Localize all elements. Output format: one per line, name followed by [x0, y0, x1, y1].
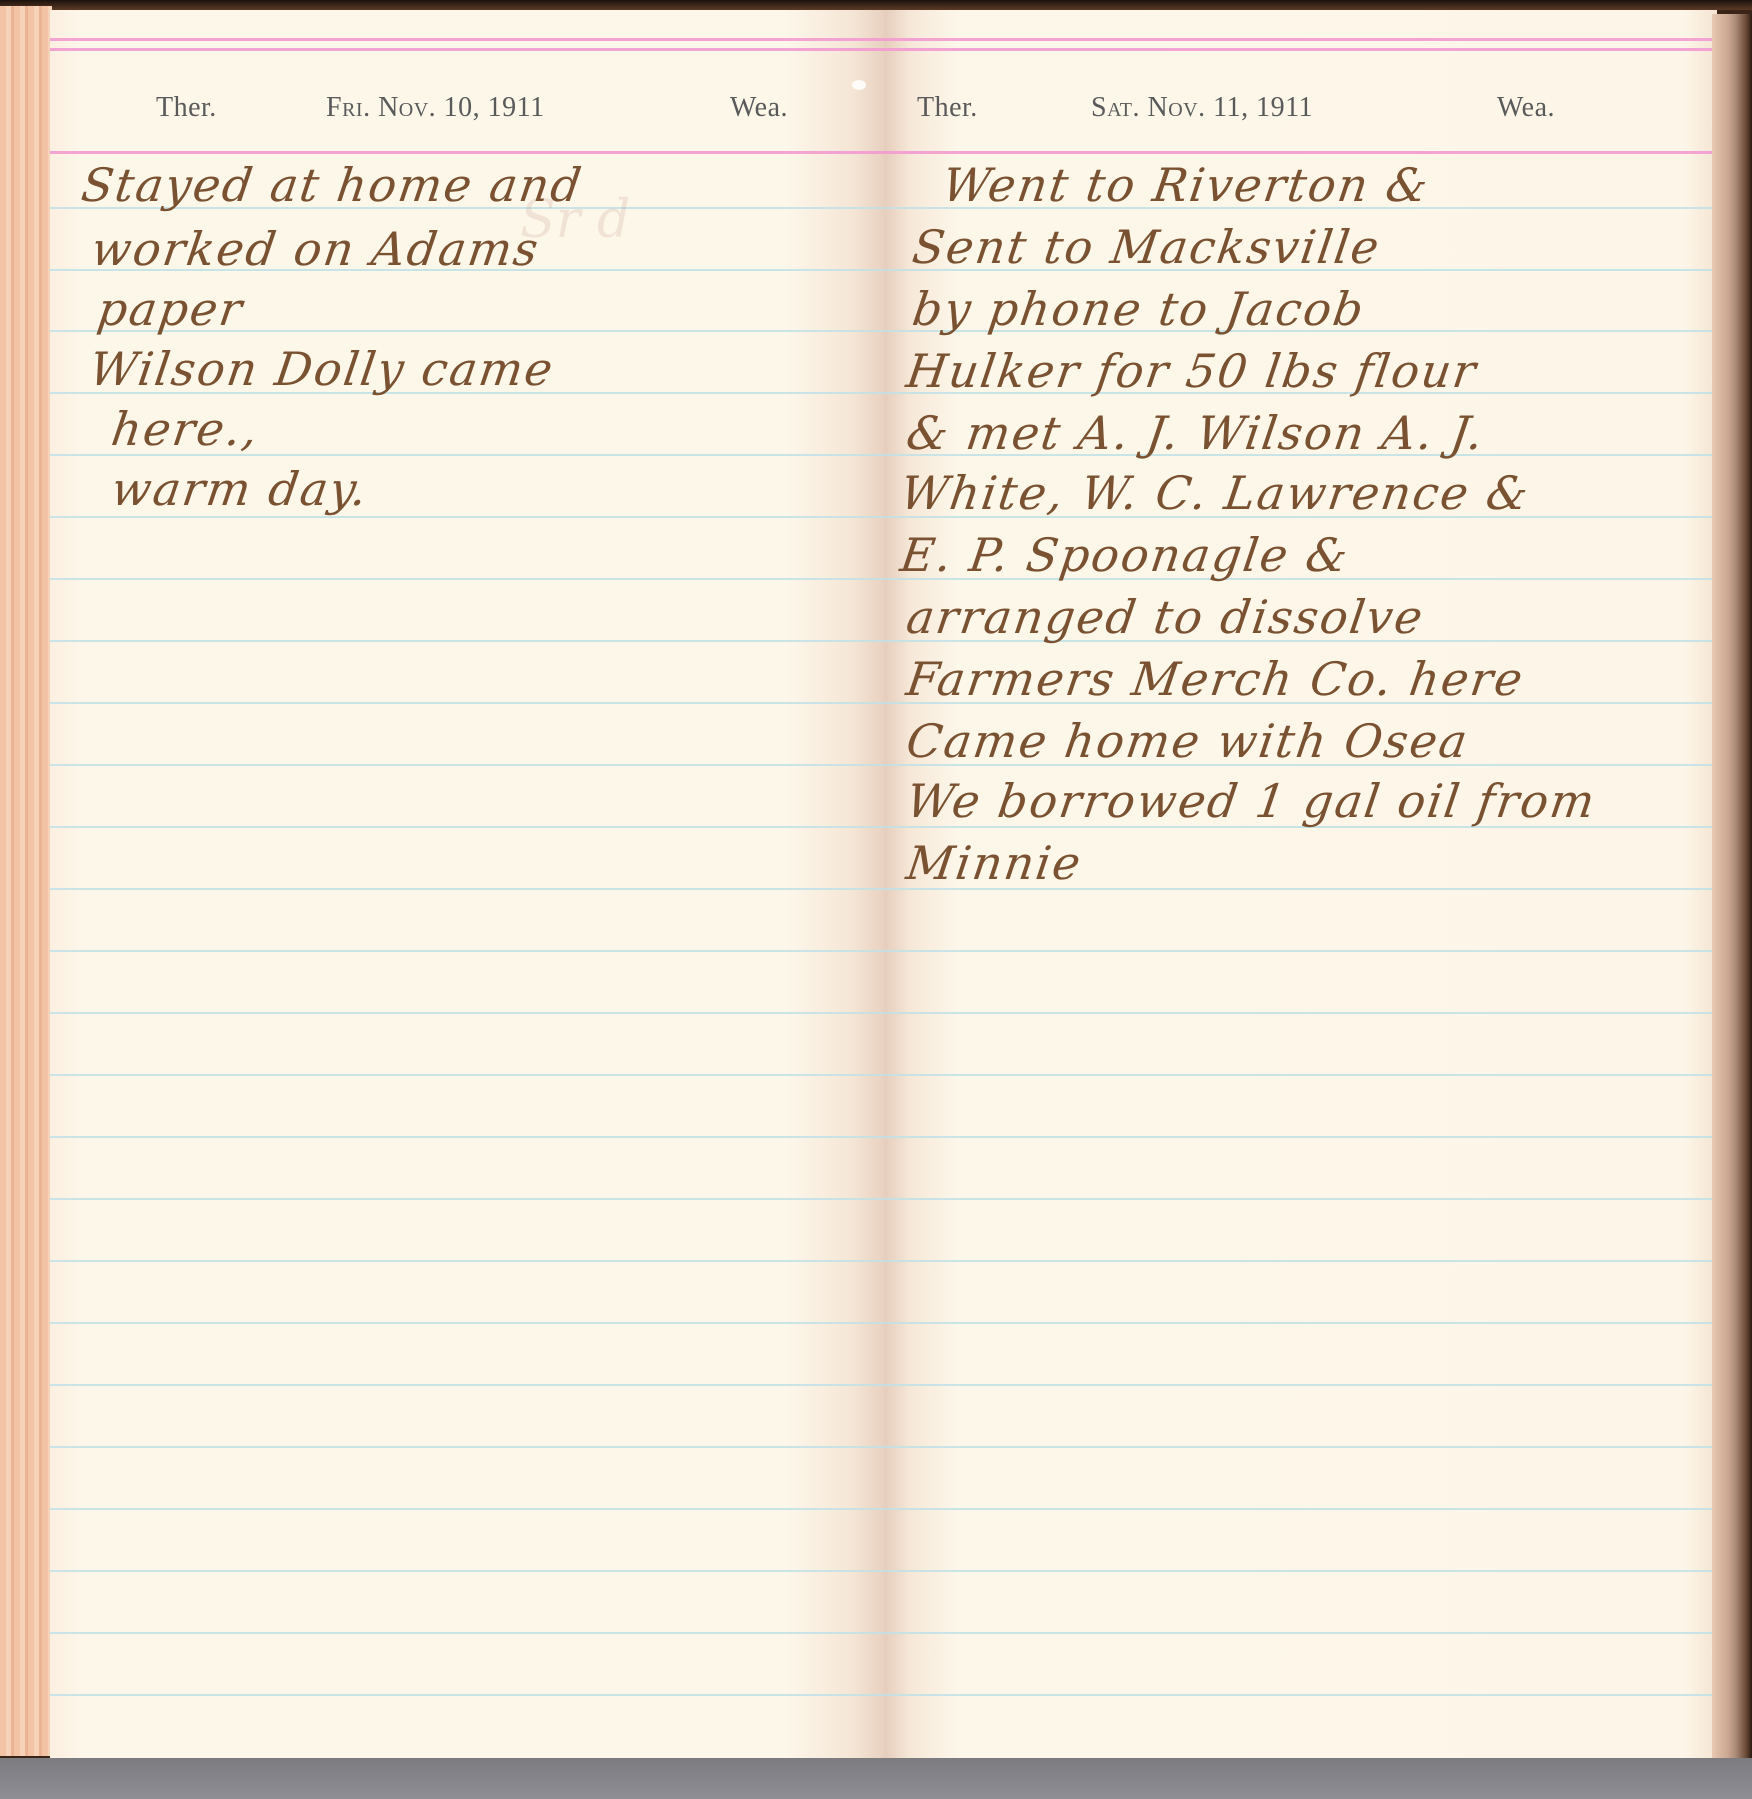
page-date: Sat. Nov. 11, 1911	[1091, 92, 1313, 124]
header-rule-top-2	[885, 48, 1717, 51]
header-rule-bottom	[50, 151, 885, 154]
handwritten-line: by phone to Jacob	[909, 282, 1368, 336]
handwritten-line: arranged to dissolve	[903, 590, 1428, 644]
ruled-line	[50, 888, 885, 890]
left-page-stack-edge	[0, 6, 52, 1756]
ruled-line	[50, 826, 885, 828]
ruled-line	[50, 764, 885, 766]
ruled-line	[50, 702, 885, 704]
handwritten-line: Minnie	[903, 836, 1086, 890]
handwritten-line: We borrowed 1 gal oil from	[903, 774, 1600, 828]
ruled-line	[885, 1384, 1717, 1386]
thermometer-label: Ther.	[917, 92, 978, 124]
handwritten-line: warm day.	[108, 462, 372, 516]
ruled-line	[885, 1260, 1717, 1262]
handwritten-line: Stayed at home and	[78, 158, 586, 212]
thermometer-label: Ther.	[156, 92, 217, 124]
ruled-line	[50, 1012, 885, 1014]
right-page-header: Ther. Sat. Nov. 11, 1911 Wea.	[885, 92, 1717, 132]
ruled-line	[50, 1074, 885, 1076]
ruled-line	[50, 578, 885, 580]
ruled-line	[885, 1694, 1717, 1696]
ruled-line	[885, 1136, 1717, 1138]
handwritten-line: here.,	[108, 402, 263, 456]
handwritten-line: paper	[94, 282, 247, 336]
weather-label: Wea.	[730, 92, 788, 124]
handwritten-line: Hulker for 50 lbs flour	[903, 344, 1481, 398]
handwritten-line: Came home with Osea	[903, 714, 1472, 768]
ruled-line	[885, 1074, 1717, 1076]
ruled-line	[885, 1322, 1717, 1324]
ruled-line	[885, 950, 1717, 952]
paper-blemish	[852, 80, 866, 90]
ruled-line	[885, 1198, 1717, 1200]
handwritten-line: worked on Adams	[88, 222, 543, 276]
ruled-line	[50, 516, 885, 518]
handwritten-line: & met A. J. Wilson A. J.	[903, 406, 1488, 460]
ruled-line	[885, 1508, 1717, 1510]
ruled-line	[50, 1632, 885, 1634]
handwritten-line: White, W. C. Lawrence &	[897, 466, 1533, 520]
header-rule-top-1	[885, 38, 1717, 41]
handwritten-line: Wilson Dolly came	[86, 342, 558, 396]
handwritten-line: Sent to Macksville	[909, 220, 1384, 274]
ruled-line	[50, 1136, 885, 1138]
ruled-line	[50, 1384, 885, 1386]
handwritten-line: Farmers Merch Co. here	[903, 652, 1528, 706]
ruled-line	[50, 1198, 885, 1200]
book-top-edge	[0, 0, 1752, 10]
handwritten-line: E. P. Spoonagle &	[897, 528, 1353, 582]
page-date: Fri. Nov. 10, 1911	[326, 92, 545, 124]
ruled-line	[50, 1508, 885, 1510]
ruled-line	[50, 640, 885, 642]
ruled-line	[885, 1632, 1717, 1634]
weather-label: Wea.	[1497, 92, 1555, 124]
ruled-line	[50, 1260, 885, 1262]
ruled-line	[50, 1446, 885, 1448]
header-rule-bottom	[885, 151, 1717, 154]
diary-book: Ther. Fri. Nov. 10, 1911 Wea. Sr d Staye…	[0, 0, 1752, 1760]
ruled-line	[50, 1322, 885, 1324]
left-page-header: Ther. Fri. Nov. 10, 1911 Wea.	[50, 92, 885, 132]
ruled-line	[50, 1694, 885, 1696]
ruled-line	[885, 1446, 1717, 1448]
scanner-bed	[0, 1758, 1752, 1799]
ruled-line	[885, 1570, 1717, 1572]
ruled-line	[885, 1012, 1717, 1014]
left-page: Ther. Fri. Nov. 10, 1911 Wea. Sr d Staye…	[50, 10, 885, 1758]
right-page: Ther. Sat. Nov. 11, 1911 Wea. Went to Ri…	[885, 10, 1717, 1758]
header-rule-top-2	[50, 48, 885, 51]
ruled-line	[50, 950, 885, 952]
header-rule-top-1	[50, 38, 885, 41]
handwritten-line: Went to Riverton &	[939, 158, 1433, 212]
ruled-line	[50, 1570, 885, 1572]
right-page-stack-edge	[1712, 14, 1752, 1760]
